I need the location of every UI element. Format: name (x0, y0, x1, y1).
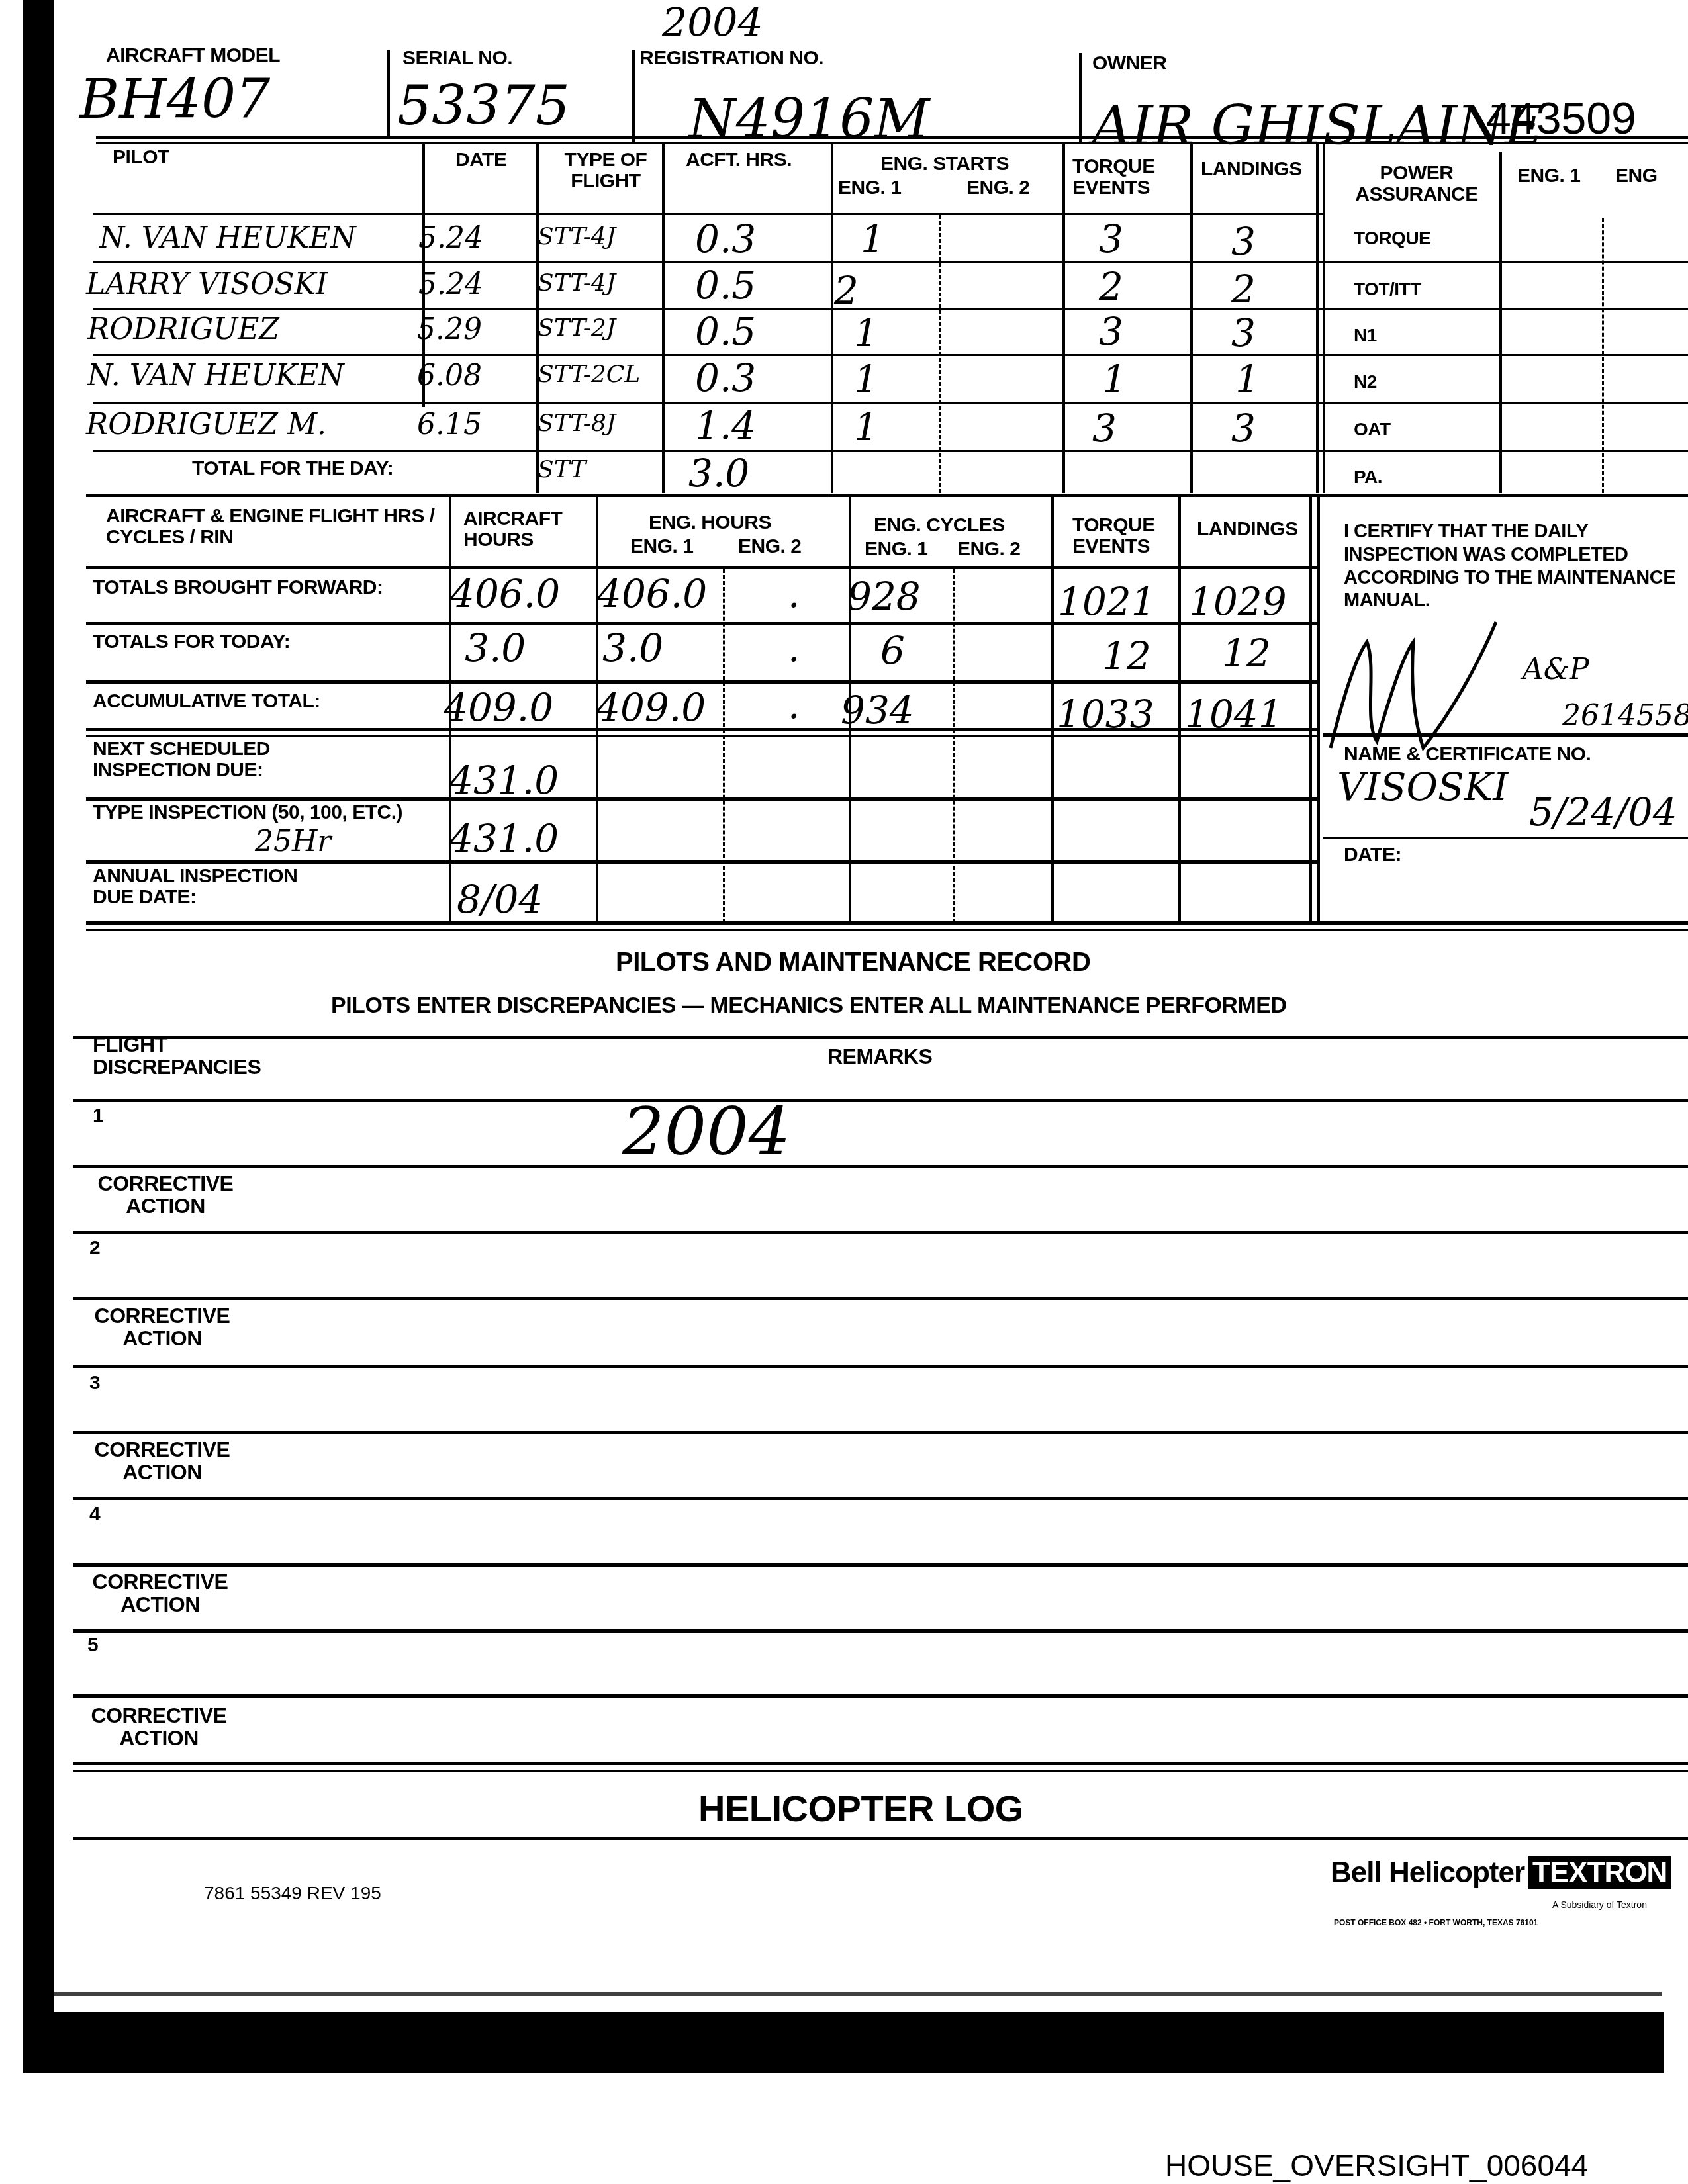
total-type: STT (538, 458, 586, 482)
pa-row-n2: N2 (1354, 372, 1377, 391)
totals-row-label: TOTALS BROUGHT FORWARD: (93, 577, 383, 598)
rule (86, 622, 1317, 625)
aircraft-model-value: BH407 (79, 73, 270, 127)
divider (387, 50, 390, 136)
signature-icon (1317, 615, 1516, 761)
torque-events: 3 (1099, 312, 1123, 351)
total-for-day-label: TOTAL FOR THE DAY: (192, 458, 393, 479)
rule (73, 1036, 1688, 1039)
divider (632, 50, 635, 142)
inspector-name: VISOSKI (1337, 768, 1508, 806)
eng2-hours: . (788, 686, 800, 724)
corrective-action-label: CORRECTIVE ACTION (79, 1173, 252, 1217)
eng1-starts: 1 (854, 408, 878, 446)
col-landings: LANDINGS (1201, 159, 1302, 180)
pilot-name: RODRIGUEZ M. (86, 410, 326, 439)
col-acft-hrs: ACFT. HRS. (686, 150, 792, 171)
item-number: 3 (89, 1373, 100, 1394)
divider (1190, 142, 1193, 493)
rule (93, 354, 1688, 356)
rule (93, 402, 1688, 404)
type-inspection-value: 431.0 (449, 819, 559, 858)
pilot-name: N. VAN HEUKEN (87, 361, 344, 390)
totals-row-label: TOTALS FOR TODAY: (93, 631, 290, 653)
aircraft-hours: 3.0 (465, 629, 526, 667)
divider (1051, 496, 1054, 923)
type-inspection-note: 25Hr (255, 827, 331, 856)
rule (86, 494, 1688, 497)
rule (1323, 733, 1688, 737)
eng1-starts: 1 (861, 220, 885, 258)
certificate-number: 2614558 (1562, 702, 1688, 731)
divider (939, 215, 941, 493)
col-eng-cycles: ENG. CYCLES (874, 515, 1005, 536)
divider (449, 496, 451, 923)
annual-inspection-value: 8/04 (457, 880, 543, 919)
next-inspection-label: NEXT SCHEDULED INSPECTION DUE: (93, 739, 331, 780)
rule (93, 261, 1688, 263)
col-pilot: PILOT (113, 147, 169, 168)
remark-text[interactable]: 2004 (622, 1099, 791, 1165)
col-eng-hours-eng1: ENG. 1 (630, 536, 693, 557)
rule (93, 450, 1688, 452)
rule (73, 1497, 1688, 1500)
rule (73, 1165, 1688, 1168)
col-eng-cycles-eng1: ENG. 1 (865, 539, 927, 560)
acft-hrs: 0.3 (695, 220, 756, 258)
annual-inspection-label: ANNUAL INSPECTION DUE DATE: (93, 866, 331, 907)
rule (86, 797, 1317, 801)
torque-events: 1021 (1058, 582, 1156, 621)
torque-events: 3 (1092, 409, 1117, 447)
pa-row-torque: TORQUE (1354, 228, 1430, 248)
landings: 1 (1235, 360, 1260, 398)
divider (1062, 142, 1065, 493)
maintenance-record-subtitle: PILOTS ENTER DISCREPANCIES — MECHANICS E… (331, 993, 1286, 1019)
brand-name: Bell Helicopter (1331, 1856, 1524, 1889)
eng1-starts: 2 (834, 271, 859, 310)
flight-date: 5.24 (418, 270, 483, 299)
flight-date: 5.24 (418, 224, 483, 253)
corrective-action-label: CORRECTIVE ACTION (73, 1705, 245, 1749)
landings: 2 (1231, 270, 1256, 308)
flight-type: STT-4J (538, 225, 616, 249)
divider (849, 496, 851, 923)
name-certificate-label: NAME & CERTIFICATE NO. (1344, 744, 1591, 765)
eng1-hours: 409.0 (596, 688, 706, 727)
rule (73, 1563, 1688, 1567)
divider (1178, 496, 1181, 923)
brand-address: POST OFFICE BOX 482 • FORT WORTH, TEXAS … (1334, 1918, 1538, 1927)
scan-artifact (40, 1992, 1662, 1996)
corrective-action-label: CORRECTIVE ACTION (74, 1571, 246, 1615)
pa-row-tot-itt: TOT/ITT (1354, 279, 1421, 298)
acft-hrs: 1.4 (695, 406, 756, 445)
flight-date: 5.29 (417, 315, 482, 344)
col-eng1-starts: ENG. 1 (838, 177, 901, 199)
rule (86, 728, 1317, 731)
divider (1602, 218, 1604, 493)
col-eng-hours: ENG. HOURS (649, 512, 771, 533)
rule (73, 1694, 1688, 1698)
divider (723, 569, 725, 923)
acft-hrs: 0.5 (695, 312, 756, 351)
col-flight-discrepancies-text: FLIGHT DISCREPANCIES (93, 1034, 285, 1078)
aircraft-model-label: AIRCRAFT MODEL (106, 45, 280, 66)
col-eng2-starts: ENG. 2 (966, 177, 1029, 199)
corrective-action-label: CORRECTIVE ACTION (76, 1439, 248, 1483)
flight-type: STT-2J (538, 316, 616, 340)
scan-edge-left (23, 0, 54, 2071)
pa-col-eng2: ENG (1615, 165, 1658, 187)
divider (953, 569, 955, 923)
pa-row-pa: PA. (1354, 467, 1382, 486)
col-type-of-flight: TYPE OF FLIGHT (549, 150, 662, 191)
rule (86, 929, 1688, 931)
maintenance-record-title: PILOTS AND MAINTENANCE RECORD (616, 948, 1090, 978)
eng1-starts: 1 (854, 360, 878, 398)
flight-type: STT-2CL (538, 363, 640, 387)
owner-label: OWNER (1092, 53, 1167, 74)
col-eng-starts: ENG. STARTS (880, 154, 1009, 175)
torque-events: 3 (1099, 220, 1123, 258)
item-number: 1 (93, 1105, 103, 1126)
divider (1323, 142, 1325, 493)
date-label: DATE: (1344, 844, 1401, 866)
col-remarks: REMARKS (827, 1046, 932, 1068)
landings: 3 (1231, 314, 1256, 352)
col-eng-cycles-eng2: ENG. 2 (957, 539, 1020, 560)
torque-events: 2 (1099, 267, 1123, 306)
item-number: 4 (89, 1504, 100, 1525)
helicopter-log-page: 2004 AIRCRAFT MODEL SERIAL NO. REGISTRAT… (0, 0, 1688, 2184)
corrective-action-label: CORRECTIVE ACTION (76, 1305, 248, 1349)
pilot-name: LARRY VISOSKI (86, 270, 328, 299)
brand-box: TEXTRON (1528, 1856, 1671, 1889)
eng1-cycles: 928 (847, 577, 921, 615)
next-inspection-value: 431.0 (449, 761, 559, 799)
eng2-hours: . (788, 574, 800, 613)
brand-logo: Bell HelicopterTEXTRON (1331, 1856, 1671, 1889)
aircraft-hours: 409.0 (444, 688, 553, 727)
certification-statement: I CERTIFY THAT THE DAILY INSPECTION WAS … (1344, 520, 1688, 619)
divider (422, 142, 425, 407)
divider (831, 142, 833, 493)
rule (86, 921, 1688, 925)
pilot-name: RODRIGUEZ (87, 315, 279, 344)
rule (73, 1099, 1688, 1102)
flight-date: 6.15 (417, 410, 482, 439)
serial-no-label: SERIAL NO. (402, 48, 512, 69)
flight-date: 6.08 (417, 361, 482, 390)
rule (73, 1231, 1688, 1234)
col-flight-discrepancies: FLIGHT DISCREPANCIES (93, 1034, 285, 1078)
divider (1309, 496, 1312, 923)
eng1-starts: 1 (854, 314, 878, 352)
rule (73, 1431, 1688, 1434)
rule (86, 735, 1317, 737)
bates-number: HOUSE_OVERSIGHT_006044 (1165, 2148, 1588, 2183)
registration-no-label: REGISTRATION NO. (639, 48, 823, 69)
stamp-year-top: 2004 (662, 3, 763, 43)
totals-section-label: AIRCRAFT & ENGINE FLIGHT HRS / CYCLES / … (106, 506, 463, 547)
landings: 1029 (1189, 582, 1287, 621)
torque-events: 1 (1102, 360, 1127, 398)
landings: 12 (1222, 634, 1271, 672)
rule (73, 1770, 1688, 1772)
divider (1499, 152, 1502, 493)
eng2-hours: . (788, 629, 800, 667)
form-title: HELICOPTER LOG (698, 1787, 1023, 1830)
flight-type: STT-4J (538, 271, 616, 295)
rule (86, 566, 1317, 569)
landings: 3 (1231, 409, 1256, 447)
pa-col-eng1: ENG. 1 (1517, 165, 1580, 187)
eng1-hours: 406.0 (597, 574, 707, 613)
rule (73, 1837, 1688, 1840)
col-totals-landings: LANDINGS (1197, 519, 1298, 540)
landings: 3 (1231, 222, 1256, 261)
rule (86, 680, 1317, 684)
flight-type: STT-8J (538, 412, 616, 435)
aircraft-hours: 406.0 (450, 574, 560, 613)
rule (93, 308, 1688, 310)
type-inspection-label: TYPE INSPECTION (50, 100, ETC.) (93, 802, 402, 823)
rule (86, 860, 1317, 864)
rule (1323, 837, 1688, 839)
signature-note: A&P (1523, 655, 1589, 684)
scan-edge-bottom (23, 2012, 1664, 2073)
col-totals-torque-events: TORQUE EVENTS (1072, 515, 1172, 557)
acft-hrs: 0.3 (695, 359, 756, 397)
divider (1316, 142, 1319, 493)
divider (662, 142, 665, 493)
eng1-cycles: 6 (880, 631, 905, 670)
total-acft-hrs: 3.0 (688, 454, 749, 492)
item-number: 5 (87, 1635, 98, 1656)
col-date: DATE (455, 150, 506, 171)
pa-row-n1: N1 (1354, 326, 1377, 345)
serial-no-value: 53375 (397, 79, 570, 134)
rule (73, 1762, 1688, 1765)
col-torque-events: TORQUE EVENTS (1072, 156, 1172, 198)
pilot-name: N. VAN HEUKEN (99, 224, 356, 253)
col-aircraft-hours: AIRCRAFT HOURS (463, 508, 576, 550)
col-eng-hours-eng2: ENG. 2 (738, 536, 801, 557)
power-assurance-title: POWER ASSURANCE (1331, 163, 1503, 205)
rule (73, 1297, 1688, 1300)
divider (1079, 53, 1082, 142)
inspection-date: 5/24/04 (1529, 793, 1677, 831)
acft-hrs: 0.5 (695, 266, 756, 304)
divider (536, 142, 539, 493)
rule (73, 1629, 1688, 1633)
rule (96, 142, 1688, 144)
item-number: 2 (89, 1238, 100, 1259)
rule (93, 213, 1324, 215)
rule (73, 1365, 1688, 1368)
brand-subsidiary: A Subsidiary of Textron (1552, 1899, 1647, 1910)
divider (596, 496, 598, 923)
eng1-hours: 3.0 (602, 629, 663, 667)
form-number: 7861 55349 REV 195 (204, 1883, 381, 1904)
totals-row-label: ACCUMULATIVE TOTAL: (93, 691, 320, 712)
rule (96, 136, 1688, 139)
pa-row-oat: OAT (1354, 420, 1391, 439)
torque-events: 12 (1102, 637, 1151, 675)
eng1-cycles: 934 (841, 691, 914, 729)
